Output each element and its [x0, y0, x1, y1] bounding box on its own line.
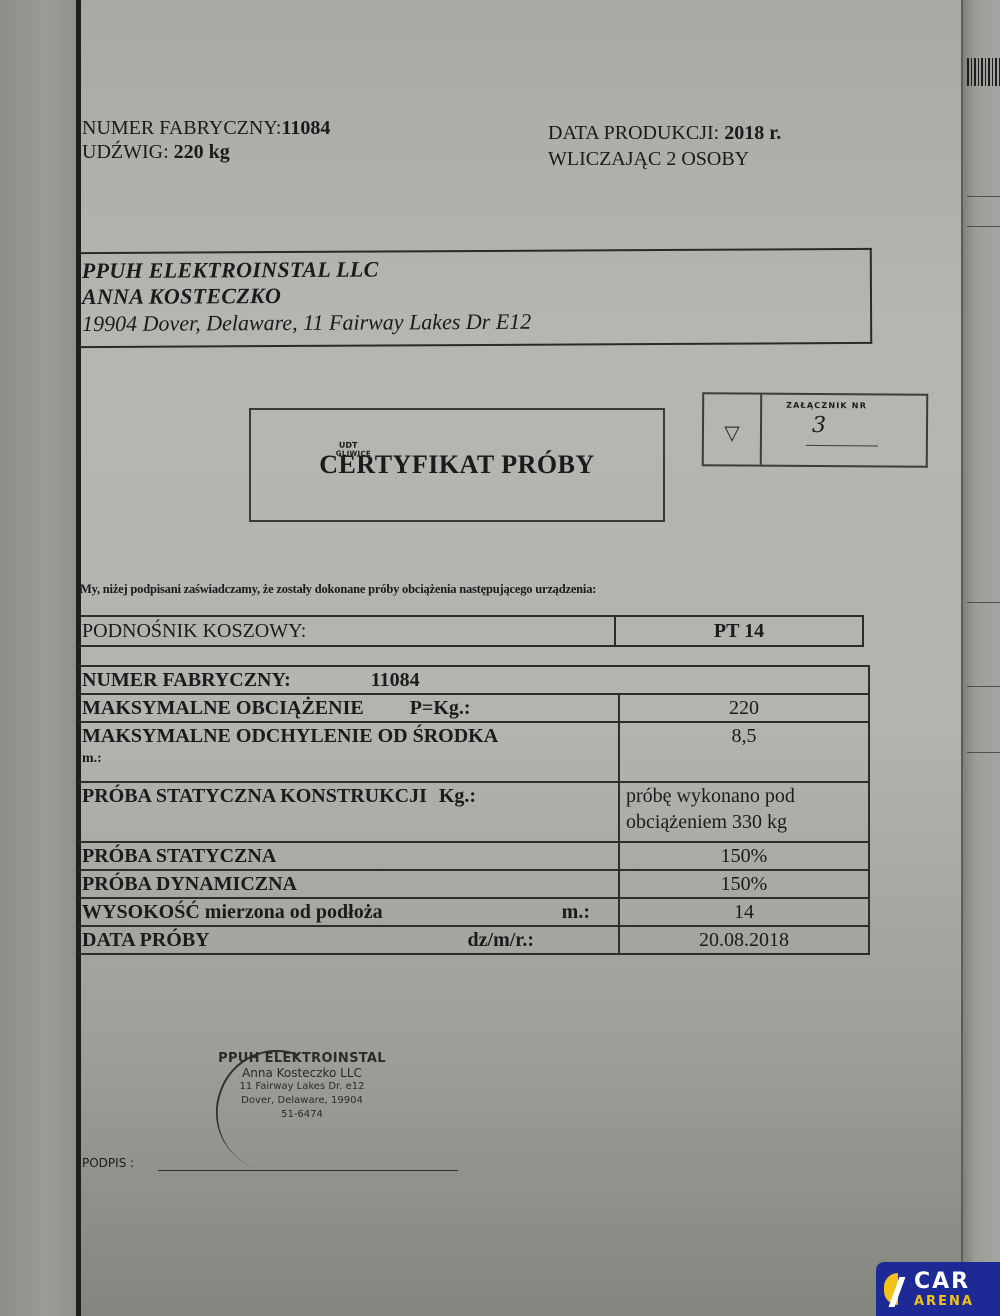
statement-text: My, niżej podpisani zaświadczamy, że zos… — [80, 582, 596, 597]
serial-value: 11084 — [282, 117, 331, 139]
static-construction-cell: PRÓBA STATYCZNA KONSTRUKCJIKg.: — [78, 782, 619, 842]
table-row: PODNOŚNIK KOSZOWY: PT 14 — [78, 616, 863, 646]
brand-word2: ARENA — [914, 1295, 974, 1308]
max-deviation-unit: m.: — [82, 749, 614, 769]
max-deviation-label: MAKSYMALNE ODCHYLENIE OD ŚRODKA — [82, 723, 614, 749]
table-row: DATA PRÓBYdz/m/r.: 20.08.2018 — [78, 926, 869, 954]
stamp-line1: PPUH ELEKTROINSTAL — [202, 1052, 402, 1066]
static-construction-value: próbę wykonano pod obciążeniem 330 kg — [619, 782, 869, 842]
signature-line — [158, 1170, 458, 1171]
udt-emblem-icon: ▽ — [724, 421, 740, 443]
static-test-value: 150% — [619, 842, 869, 870]
divider — [967, 226, 1000, 227]
static-test-label: PRÓBA STATYCZNA — [78, 842, 619, 870]
height-label: WYSOKOŚĆ mierzona od podłoża — [82, 901, 383, 923]
car-arena-logo: CAR ARENA — [876, 1262, 1000, 1316]
test-date-cell: DATA PRÓBYdz/m/r.: — [78, 926, 619, 954]
table-row: PRÓBA STATYCZNA KONSTRUKCJIKg.: próbę wy… — [78, 782, 869, 842]
divider — [967, 686, 1000, 687]
serial-cell: NUMER FABRYCZNY:11084 — [78, 666, 869, 694]
serial-label: NUMER FABRYCZNY: — [82, 117, 282, 139]
static-construction-value-line1: próbę wykonano pod — [626, 783, 864, 809]
capacity-label: UDŹWIG: — [82, 141, 174, 163]
company-stamp: PPUH ELEKTROINSTAL Anna Kosteczko LLC 11… — [202, 1052, 402, 1122]
static-construction-value-line2: obciążeniem 330 kg — [626, 809, 864, 835]
height-cell: WYSOKOŚĆ mierzona od podłożam.: — [78, 898, 619, 926]
production-label: DATA PRODUKCJI: — [548, 122, 724, 144]
stamp-line2: Anna Kosteczko LLC — [202, 1066, 402, 1080]
test-date-unit: dz/m/r.: — [468, 927, 614, 953]
spec-serial-label: NUMER FABRYCZNY: — [82, 669, 291, 691]
max-load-cell: MAKSYMALNE OBCIĄŻENIEP=Kg.: — [78, 694, 619, 722]
udt-logo: ▽ UDT GLIWICE — [704, 394, 762, 464]
table-row: NUMER FABRYCZNY:11084 — [78, 666, 869, 694]
company-name: PPUH ELEKTROINSTAL LLC — [78, 254, 870, 284]
divider — [967, 752, 1000, 753]
table-row: MAKSYMALNE ODCHYLENIE OD ŚRODKA m.: 8,5 — [78, 722, 869, 782]
attachment-label: ZAŁĄCZNIK NR — [786, 401, 867, 411]
company-address: 19904 Dover, Delaware, 11 Fairway Lakes … — [78, 306, 870, 338]
capacity-value: 220 kg — [174, 141, 230, 163]
title-box: CERTYFIKAT PRÓBY — [249, 408, 665, 522]
attachment-box: ▽ UDT GLIWICE ZAŁĄCZNIK NR 3 — [702, 392, 929, 468]
stamp-line5: 51-6474 — [202, 1108, 402, 1122]
height-value: 14 — [619, 898, 869, 926]
signature-label: PODPIS : — [82, 1156, 134, 1170]
device-table: PODNOŚNIK KOSZOWY: PT 14 — [78, 615, 864, 647]
spec-serial-value: 11084 — [291, 669, 420, 691]
divider — [967, 196, 1000, 197]
header-left: NUMER FABRYCZNY:11084 UDŹWIG: 220 kg — [82, 116, 330, 164]
max-deviation-value: 8,5 — [619, 722, 869, 782]
table-row: PRÓBA DYNAMICZNA 150% — [78, 870, 869, 898]
max-load-value: 220 — [619, 694, 869, 722]
dynamic-test-value: 150% — [619, 870, 869, 898]
table-row: MAKSYMALNE OBCIĄŻENIEP=Kg.: 220 — [78, 694, 869, 722]
dynamic-test-label: PRÓBA DYNAMICZNA — [78, 870, 619, 898]
static-construction-label: PRÓBA STATYCZNA KONSTRUKCJI — [82, 785, 427, 807]
brand-word1: CAR — [914, 1271, 974, 1293]
barcode-icon — [967, 58, 1000, 86]
header-right: DATA PRODUKCJI: 2018 r. WLICZAJĄC 2 OSOB… — [548, 120, 781, 172]
binder-left-page — [0, 0, 78, 1316]
company-person: ANNA KOSTECZKO — [78, 280, 870, 310]
divider — [967, 602, 1000, 603]
attachment-number: 3 — [812, 413, 826, 438]
persons-note: WLICZAJĄC 2 OSOBY — [548, 146, 781, 172]
max-load-unit: P=Kg.: — [364, 697, 471, 719]
height-unit: m.: — [562, 899, 614, 925]
binder-right-page — [961, 0, 1000, 1316]
production-value: 2018 r. — [724, 122, 781, 144]
device-value: PT 14 — [615, 616, 863, 646]
table-row: PRÓBA STATYCZNA 150% — [78, 842, 869, 870]
attachment-number-area: ZAŁĄCZNIK NR 3 — [762, 395, 926, 466]
attachment-underline — [806, 445, 878, 447]
max-load-label: MAKSYMALNE OBCIĄŻENIE — [82, 697, 364, 719]
test-date-label: DATA PRÓBY — [82, 929, 210, 951]
stamp-line3: 11 Fairway Lakes Dr. e12 — [202, 1080, 402, 1094]
company-box: PPUH ELEKTROINSTAL LLC ANNA KOSTECZKO 19… — [78, 248, 872, 348]
specs-table: NUMER FABRYCZNY:11084 MAKSYMALNE OBCIĄŻE… — [78, 665, 870, 955]
table-row: WYSOKOŚĆ mierzona od podłożam.: 14 — [78, 898, 869, 926]
max-deviation-cell: MAKSYMALNE ODCHYLENIE OD ŚRODKA m.: — [78, 722, 619, 782]
car-arena-mark-icon — [884, 1273, 906, 1305]
test-date-value: 20.08.2018 — [619, 926, 869, 954]
static-construction-unit: Kg.: — [427, 785, 476, 807]
device-label: PODNOŚNIK KOSZOWY: — [78, 616, 615, 646]
stamp-line4: Dover, Delaware, 19904 — [202, 1094, 402, 1108]
